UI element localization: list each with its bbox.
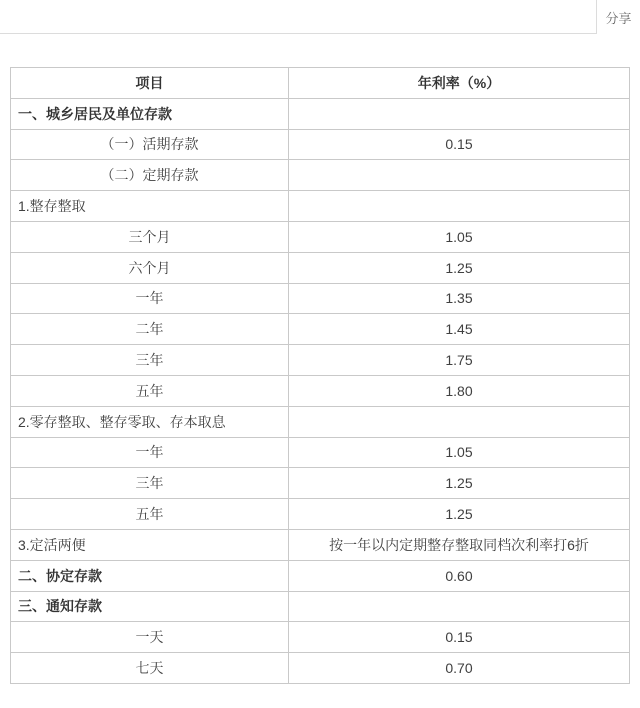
table-row: 一天0.15 [11,622,630,653]
rate-cell: 1.05 [289,437,630,468]
rate-cell [289,160,630,191]
table-row: 三个月1.05 [11,221,630,252]
deposit-rates-table: 项目 年利率（%） 一、城乡居民及单位存款（一）活期存款0.15（二）定期存款1… [10,67,630,684]
table-row: 一年1.35 [11,283,630,314]
item-cell: 三个月 [11,221,289,252]
item-cell: 一天 [11,622,289,653]
table-row: 1.整存整取 [11,191,630,222]
item-cell: （二）定期存款 [11,160,289,191]
table-row: 六个月1.25 [11,252,630,283]
rate-cell [289,591,630,622]
rate-cell: 1.25 [289,252,630,283]
table-row: 2.零存整取、整存零取、存本取息 [11,406,630,437]
table-row: 一年1.05 [11,437,630,468]
table-row: 五年1.80 [11,375,630,406]
item-cell: 二年 [11,314,289,345]
item-cell: 3.定活两便 [11,529,289,560]
topbar: 分享 [0,0,640,34]
table-row: 七天0.70 [11,653,630,684]
table-row: 三、通知存款 [11,591,630,622]
table-row: 3.定活两便按一年以内定期整存整取同档次利率打6折 [11,529,630,560]
item-cell: 一年 [11,437,289,468]
item-cell: 2.零存整取、整存零取、存本取息 [11,406,289,437]
item-cell: 三年 [11,345,289,376]
table-row: 三年1.25 [11,468,630,499]
rate-cell: 0.60 [289,560,630,591]
table-row: 二、协定存款0.60 [11,560,630,591]
item-cell: 二、协定存款 [11,560,289,591]
table-row: 二年1.45 [11,314,630,345]
item-cell: 七天 [11,653,289,684]
item-cell: 五年 [11,375,289,406]
column-header-rate: 年利率（%） [289,68,630,99]
rate-cell: 1.05 [289,221,630,252]
rate-cell: 1.45 [289,314,630,345]
table-row: （一）活期存款0.15 [11,129,630,160]
topbar-divider [0,0,596,34]
share-button[interactable]: 分享 [596,0,640,34]
header-row: 项目 年利率（%） [11,68,630,99]
item-cell: （一）活期存款 [11,129,289,160]
rate-cell: 0.15 [289,129,630,160]
rate-cell: 0.70 [289,653,630,684]
item-cell: 一、城乡居民及单位存款 [11,98,289,129]
item-cell: 六个月 [11,252,289,283]
rate-cell: 按一年以内定期整存整取同档次利率打6折 [289,529,630,560]
item-cell: 五年 [11,499,289,530]
table-row: 三年1.75 [11,345,630,376]
table-row: 五年1.25 [11,499,630,530]
table-row: 一、城乡居民及单位存款 [11,98,630,129]
rate-cell: 1.25 [289,468,630,499]
rate-cell: 0.15 [289,622,630,653]
rate-cell: 1.80 [289,375,630,406]
column-header-item: 项目 [11,68,289,99]
rate-cell: 1.25 [289,499,630,530]
rate-cell: 1.35 [289,283,630,314]
item-cell: 三、通知存款 [11,591,289,622]
item-cell: 三年 [11,468,289,499]
rate-cell [289,98,630,129]
table-row: （二）定期存款 [11,160,630,191]
rate-cell [289,406,630,437]
rate-cell: 1.75 [289,345,630,376]
item-cell: 一年 [11,283,289,314]
rate-cell [289,191,630,222]
item-cell: 1.整存整取 [11,191,289,222]
